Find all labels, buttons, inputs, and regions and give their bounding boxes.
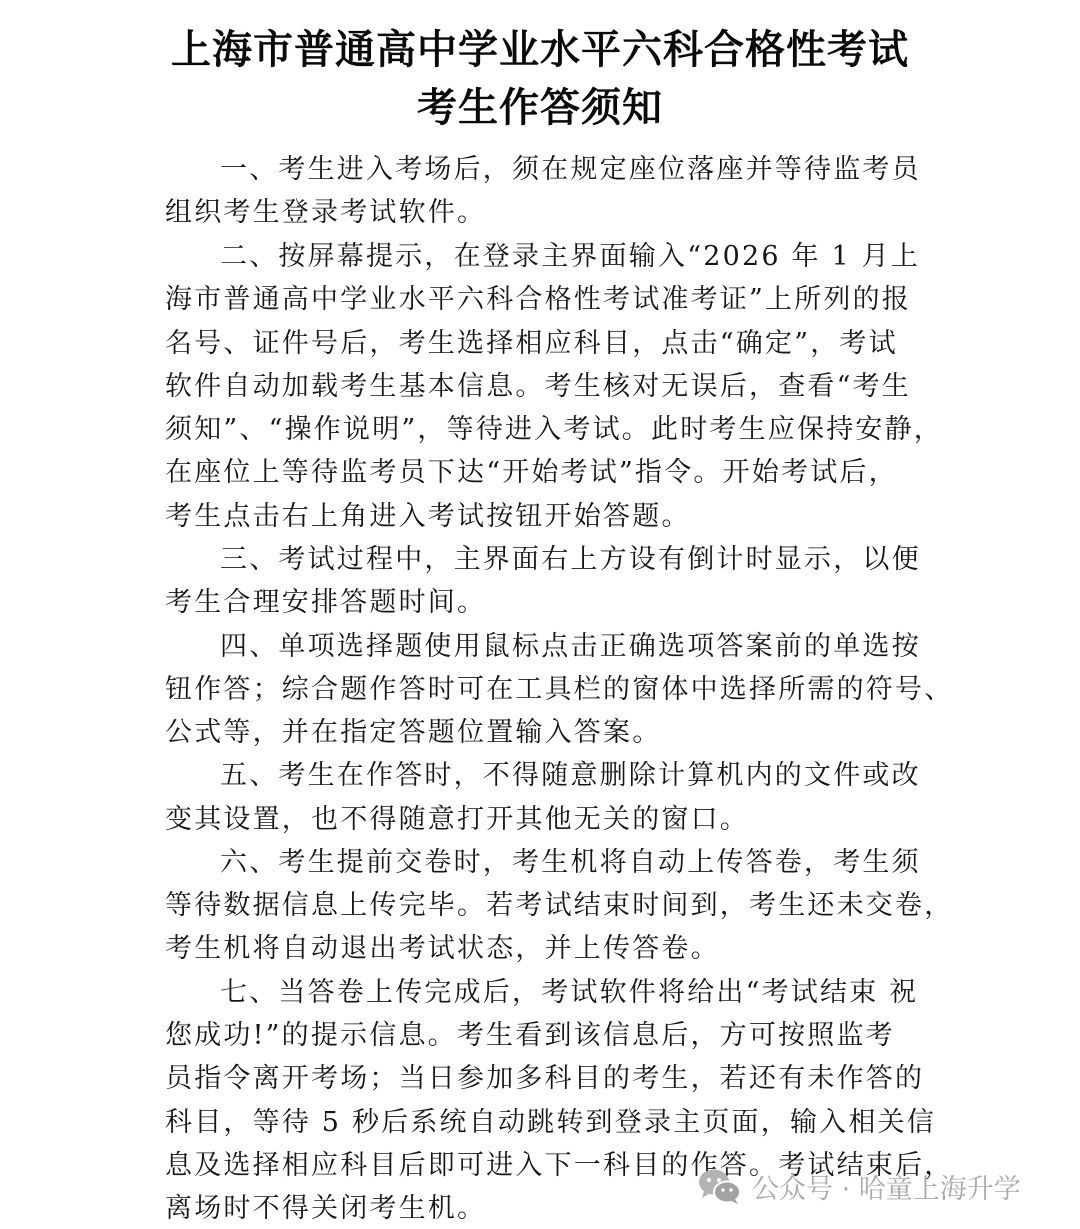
body-line: 您成功!”的提示信息。考生看到该信息后，方可按照监考 bbox=[165, 1018, 925, 1054]
body-line: 考生机将自动退出考试状态，并上传答卷。 bbox=[165, 931, 925, 967]
body-line: 员指令离开考场；当日参加多科目的考生，若还有未作答的 bbox=[165, 1061, 925, 1097]
body-line: 一、考生进入考场后，须在规定座位落座并等待监考员 bbox=[220, 152, 980, 188]
body-line: 变其设置，也不得随意打开其他无关的窗口。 bbox=[165, 802, 925, 838]
body-line: 三、考试过程中，主界面右上方设有倒计时显示，以便 bbox=[220, 542, 980, 578]
body-line: 六、考生提前交卷时，考生机将自动上传答卷，考生须 bbox=[220, 845, 980, 881]
body-line: 在座位上等待监考员下达“开始考试”指令。开始考试后， bbox=[165, 455, 925, 491]
document-title-line1: 上海市普通高中学业水平六科合格性考试 bbox=[0, 18, 1080, 75]
body-line: 钮作答；综合题作答时可在工具栏的窗体中选择所需的符号、 bbox=[165, 672, 925, 708]
body-line: 考生合理安排答题时间。 bbox=[165, 585, 925, 621]
watermark-text: 公众号 · 哈童上海升学 bbox=[752, 1167, 1021, 1206]
wechat-icon bbox=[698, 1167, 742, 1205]
body-line: 四、单项选择题使用鼠标点击正确选项答案前的单选按 bbox=[220, 629, 980, 665]
body-line: 软件自动加载考生基本信息。考生核对无误后，查看“考生 bbox=[165, 369, 925, 405]
body-line: 组织考生登录考试软件。 bbox=[165, 195, 925, 231]
body-line: 名号、证件号后，考生选择相应科目，点击“确定”，考试 bbox=[165, 326, 925, 362]
body-line: 五、考生在作答时，不得随意删除计算机内的文件或改 bbox=[220, 758, 980, 794]
body-line: 等待数据信息上传完毕。若考试结束时间到，考生还未交卷， bbox=[165, 888, 925, 924]
body-line: 七、当答卷上传完成后，考试软件将给出“考试结束 祝 bbox=[220, 975, 980, 1011]
body-line: 公式等，并在指定答题位置输入答案。 bbox=[165, 715, 925, 751]
body-line: 科目，等待 5 秒后系统自动跳转到登录主页面，输入相关信 bbox=[165, 1105, 925, 1141]
watermark: 公众号 · 哈童上海升学 bbox=[698, 1164, 1021, 1208]
body-line: 海市普通高中学业水平六科合格性考试准考证”上所列的报 bbox=[165, 282, 925, 318]
body-line: 考生点击右上角进入考试按钮开始答题。 bbox=[165, 499, 925, 535]
body-line: 须知”、“操作说明”，等待进入考试。此时考生应保持安静， bbox=[165, 412, 925, 448]
document-title-line2: 考生作答须知 bbox=[0, 76, 1080, 133]
body-line: 二、按屏幕提示，在登录主界面输入“2026 年 1 月上 bbox=[220, 239, 980, 275]
